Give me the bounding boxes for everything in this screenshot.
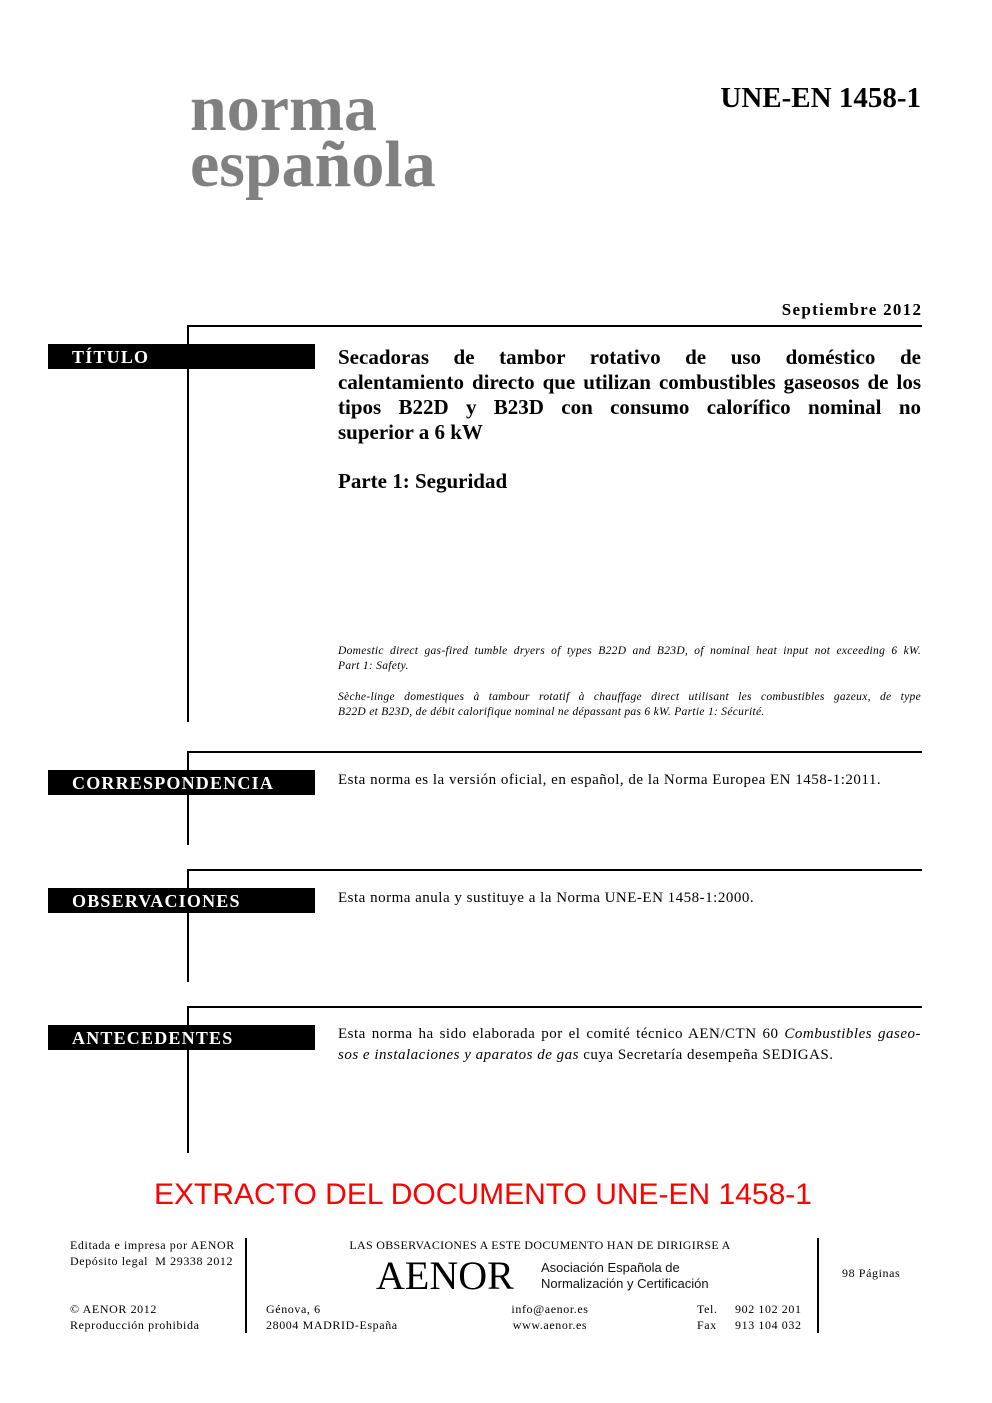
translation-line: Sèche-linge domestiques à tambour rotati…: [338, 690, 921, 705]
contact-email: info@aenor.es: [490, 1301, 610, 1317]
antecedentes-text: Esta norma ha sido elaborada por el comi…: [338, 1024, 921, 1066]
footer-divider-right: [817, 1238, 819, 1333]
org-name-line2: Normalización y Certificación: [541, 1276, 709, 1292]
committee-name-italic: Combustibles gaseo-: [784, 1026, 921, 1042]
title-line: calentamiento directo que utilizan combu…: [338, 370, 921, 395]
address-street: Génova, 6: [266, 1301, 398, 1317]
fax-label: Fax: [697, 1317, 718, 1333]
brand-line-espanola: española: [190, 137, 436, 193]
edited-by: Editada e impresa por AENOR: [70, 1237, 235, 1253]
section-label-correspondencia: CORRESPONDENCIA: [48, 770, 315, 795]
tel-number: 902 102 201: [735, 1301, 802, 1317]
antecedentes-plain: cuya Secretaría desempeña SEDIGAS.: [579, 1047, 834, 1063]
footer-observations-notice: LAS OBSERVACIONES A ESTE DOCUMENTO HAN D…: [333, 1237, 747, 1253]
antecedentes-line: Esta norma ha sido elaborada por el comi…: [338, 1024, 921, 1045]
footer-copyright: © AENOR 2012 Reproducción prohibida: [70, 1301, 200, 1333]
document-title: Secadoras de tambor rotativo de uso domé…: [338, 345, 921, 445]
section-divider-antecedentes: [187, 1006, 922, 1008]
extract-notice: EXTRACTO DEL DOCUMENTO UNE-EN 1458-1: [0, 1180, 966, 1210]
title-line: superior a 6 kW: [338, 420, 921, 445]
section-label-titulo: TÍTULO: [48, 344, 315, 369]
footer-phone-numbers: 902 102 201 913 104 032: [735, 1301, 802, 1333]
part-title: Parte 1: Seguridad: [338, 469, 507, 494]
document-cover-page: norma española UNE-EN 1458-1 Septiembre …: [0, 0, 992, 1403]
section-label-antecedentes: ANTECEDENTES: [48, 1025, 315, 1050]
antecedentes-plain: Esta norma ha sido elaborada por el comi…: [338, 1026, 784, 1042]
aenor-logo: AENOR: [376, 1256, 514, 1296]
aenor-full-name: Asociación Española de Normalización y C…: [541, 1260, 709, 1292]
footer-divider-left: [245, 1238, 247, 1333]
address-city: 28004 MADRID-España: [266, 1317, 398, 1333]
section-divider-observaciones: [187, 869, 922, 871]
footer-address: Génova, 6 28004 MADRID-España: [266, 1301, 398, 1333]
section-label-observaciones: OBSERVACIONES: [48, 888, 315, 913]
legal-deposit: Depósito legal M 29338 2012: [70, 1253, 235, 1269]
translation-line: Part 1: Safety.: [338, 659, 921, 674]
footer-phone-labels: Tel. Fax: [697, 1301, 718, 1333]
section-rule-observaciones: [187, 869, 189, 982]
committee-name-italic: sos e instalaciones y aparatos de gas: [338, 1047, 579, 1063]
title-translation-english: Domestic direct gas-fired tumble dryers …: [338, 644, 921, 674]
observaciones-text: Esta norma anula y sustituye a la Norma …: [338, 888, 921, 909]
footer-edition-info: Editada e impresa por AENOR Depósito leg…: [70, 1237, 235, 1269]
title-translation-french: Sèche-linge domestiques à tambour rotati…: [338, 690, 921, 720]
section-divider-correspondencia: [187, 751, 922, 753]
footer-contact-online: info@aenor.es www.aenor.es: [490, 1301, 610, 1333]
org-name-line1: Asociación Española de: [541, 1260, 709, 1276]
copyright: © AENOR 2012: [70, 1301, 200, 1317]
contact-website: www.aenor.es: [490, 1317, 610, 1333]
fax-number: 913 104 032: [735, 1317, 802, 1333]
section-rule-correspondencia: [187, 751, 189, 845]
antecedentes-line: sos e instalaciones y aparatos de gas cu…: [338, 1045, 921, 1066]
title-line: Secadoras de tambor rotativo de uso domé…: [338, 345, 921, 370]
section-divider-titulo: [187, 325, 922, 327]
translation-line: B22D et B23D, de débit calorifique nomin…: [338, 705, 921, 720]
brand-title: norma española: [190, 81, 436, 193]
page-count: 98 Páginas: [842, 1265, 900, 1281]
section-rule-titulo: [187, 325, 189, 722]
reproduction-notice: Reproducción prohibida: [70, 1317, 200, 1333]
translation-line: Domestic direct gas-fired tumble dryers …: [338, 644, 921, 659]
correspondencia-text: Esta norma es la versión oficial, en esp…: [338, 770, 921, 791]
title-line: tipos B22D y B23D con consumo calorífico…: [338, 395, 921, 420]
publication-date: Septiembre 2012: [782, 301, 923, 318]
standard-code: UNE-EN 1458-1: [720, 84, 921, 113]
tel-label: Tel.: [697, 1301, 718, 1317]
